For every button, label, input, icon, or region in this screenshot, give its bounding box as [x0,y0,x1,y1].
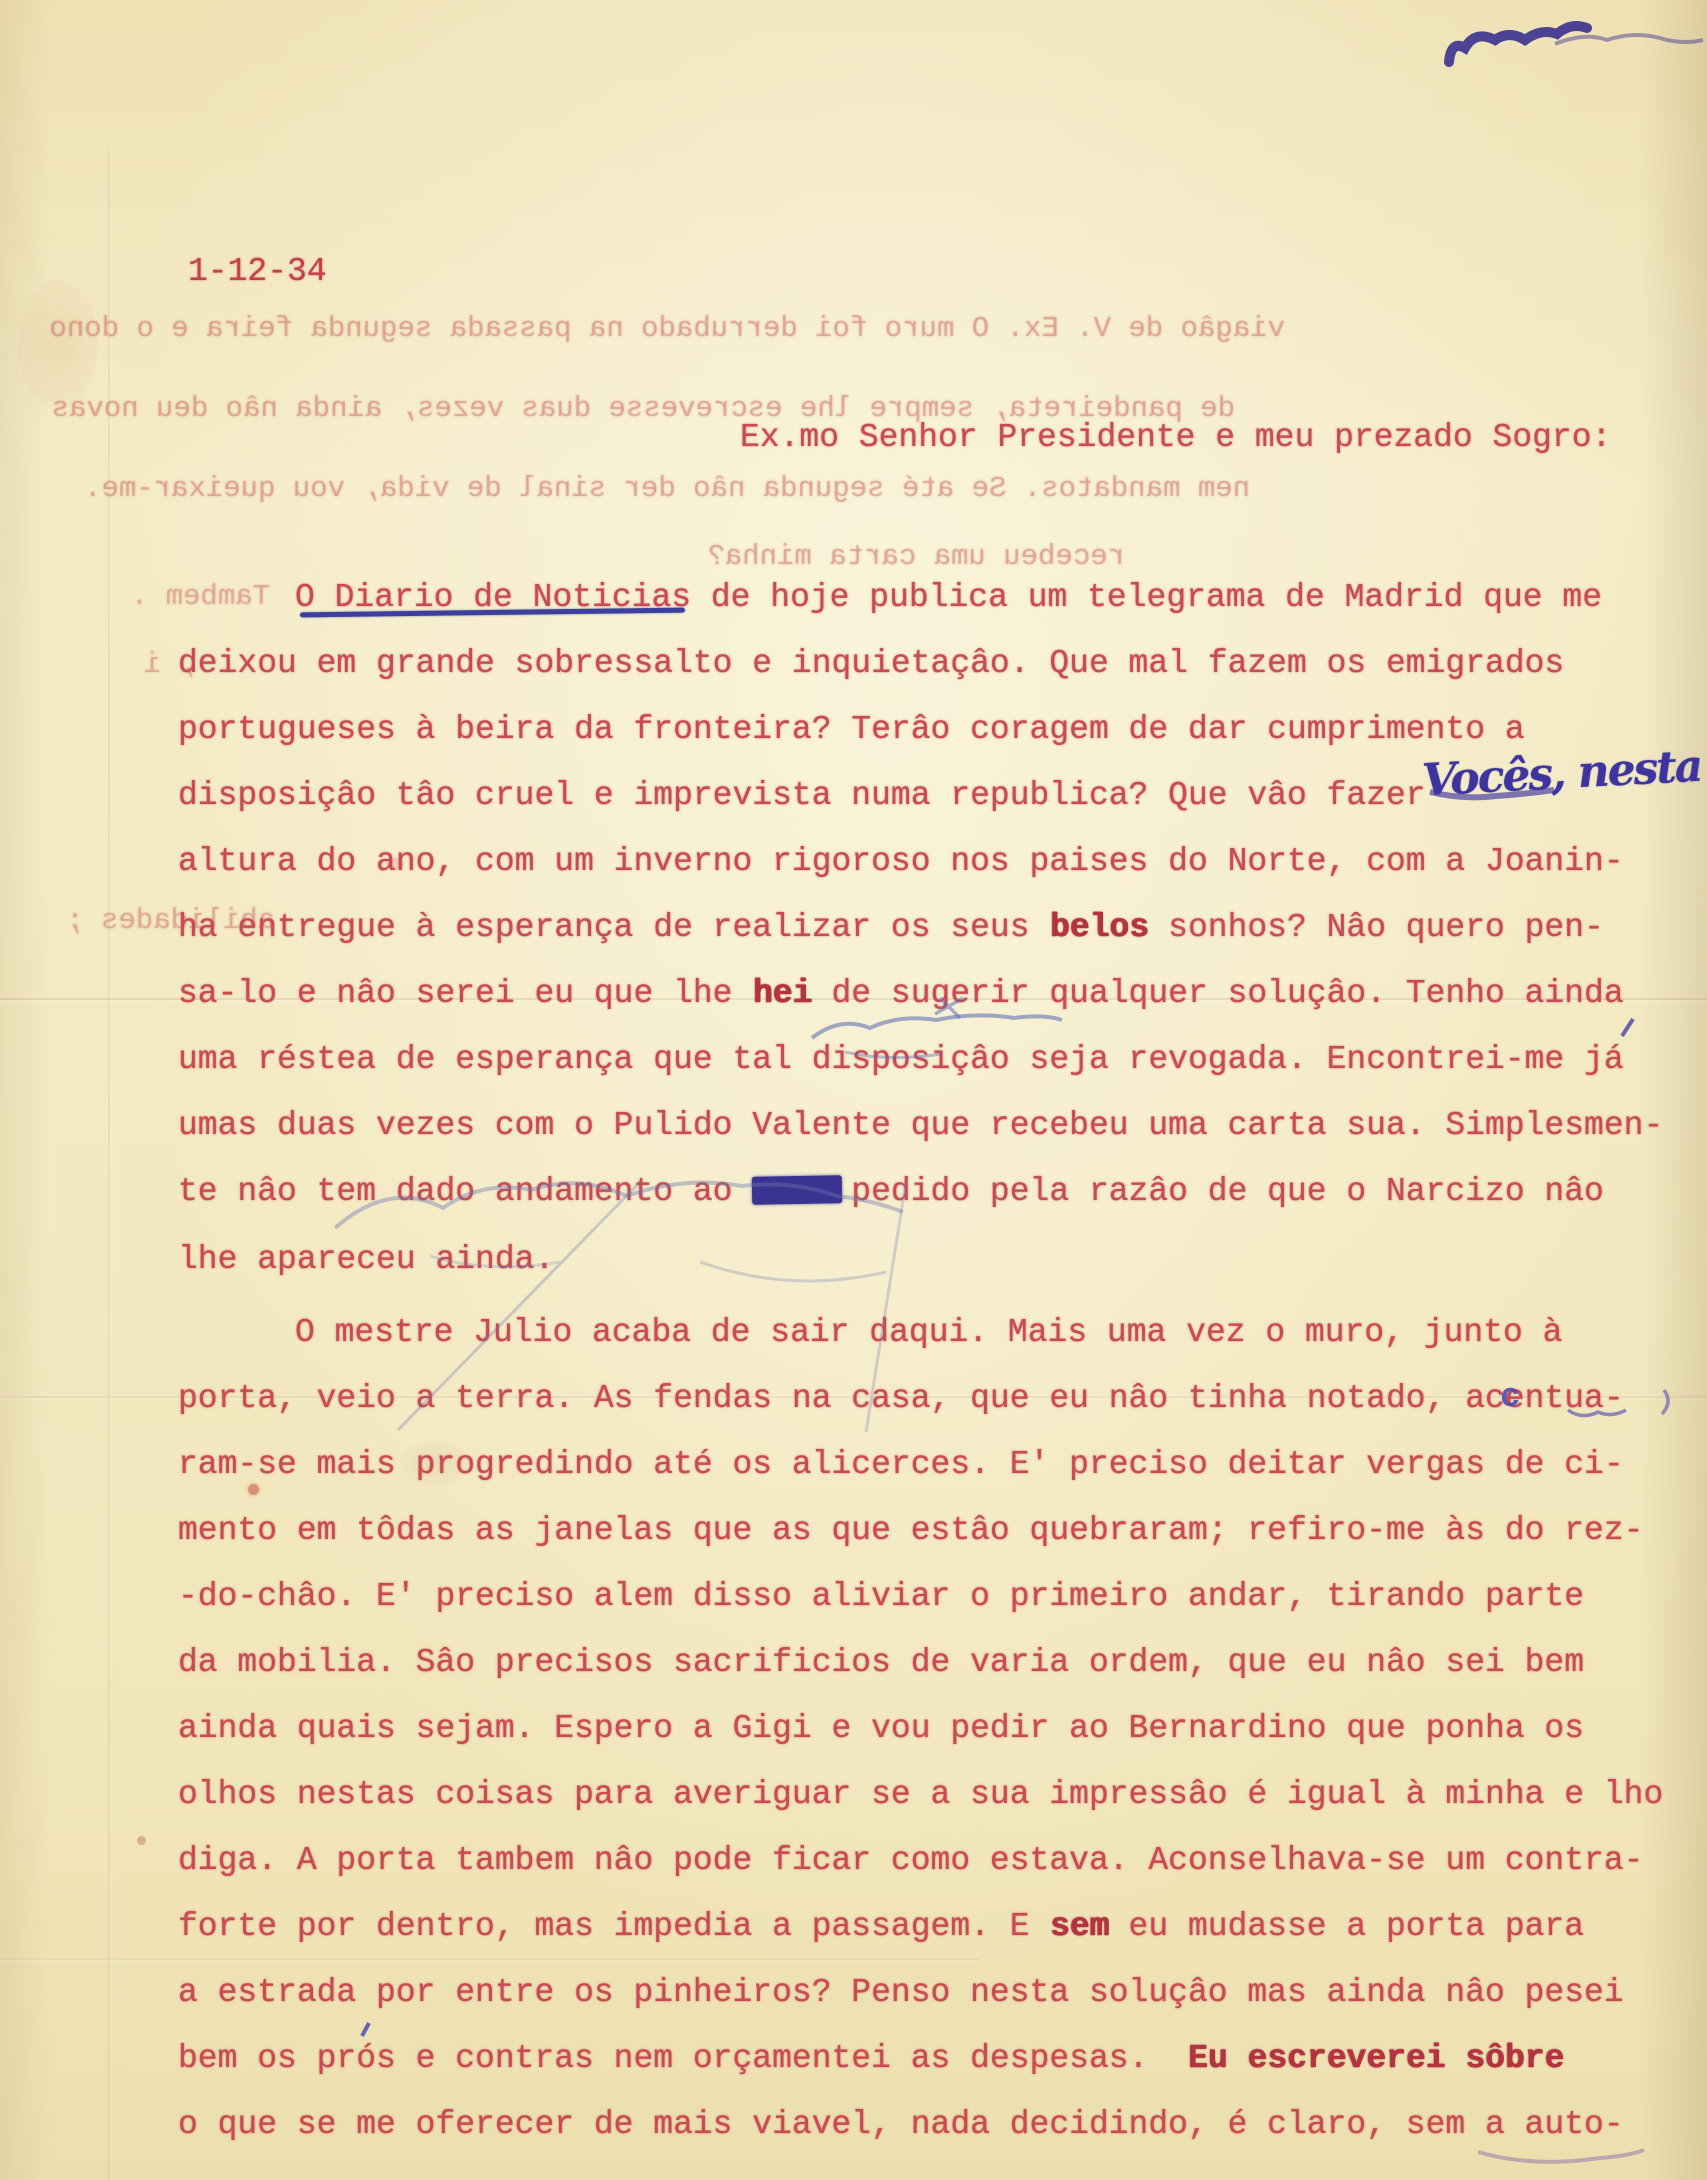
letter-line: deixou em grande sobressalto e inquietaç… [178,644,1564,684]
letter-line: disposiçâo tâo cruel e imprevista numa r… [178,776,1426,816]
letter-line: ram-se mais progredindo até os alicerces… [178,1445,1624,1485]
paper-stain [18,280,98,410]
letter-line: diga. A porta tambem nâo pode ficar como… [178,1841,1643,1881]
letter-line: forte por dentro, mas impedia a passagem… [178,1907,1584,1947]
overstruck-word: hei [753,974,812,1014]
bleedthrough-fragment: Tambem . [120,580,270,613]
letter-date: 1-12-34 [188,252,327,292]
handwritten-insert: Vocês, nesta [1421,741,1703,807]
pen-accent-pros [362,2023,369,2036]
top-right-ink-smear [1449,26,1587,62]
letter-scan-page: viagâo de V. Ex. O muro foi derrubado na… [0,0,1707,2180]
letter-line: O mestre Julio acaba de sair daqui. Mais… [295,1313,1562,1353]
letter-line: uma réstea de esperança que tal disposiç… [178,1040,1624,1080]
pen-accent-ja [1622,1019,1633,1036]
overstruck-word: belos [1050,908,1149,948]
letter-line: a estrada por entre os pinheiros? Penso … [178,1973,1624,2013]
letter-line: altura do ano, com um inverno rigoroso n… [178,842,1624,882]
letter-line: umas duas vezes com o Pulido Valente que… [178,1106,1663,1146]
letter-line: olhos nestas coisas para averiguar se a … [178,1775,1663,1815]
letter-line: porta, veio a terra. As fendas na casa, … [178,1379,1624,1419]
bleedthrough-line: nem mandatos. Se até segunda nâo der sin… [85,472,1250,505]
pen-correction-letter: c [1500,1379,1520,1417]
ink-spot [248,1484,259,1495]
letter-salutation: Ex.mo Senhor Presidente e meu prezado So… [740,418,1611,458]
pen-bottom-scribble [1478,2150,1644,2162]
letter-line: ainda quais sejam. Espero a Gigi e vou p… [178,1709,1584,1749]
letter-line: ha entregue à esperança de realizar os s… [178,908,1604,948]
letter-line: -do-châo. E' preciso alem disso aliviar … [178,1577,1584,1617]
pen-margin-mark [1662,1390,1668,1414]
letter-line: lhe apareceu ainda. [178,1240,554,1280]
horizontal-fold-crease [0,1958,980,1960]
overstruck-word: Eu escreverei sôbre [1188,2039,1564,2079]
ink-spot [137,1836,146,1845]
letter-line: o que se me oferecer de mais viavel, nad… [178,2105,1624,2145]
bleedthrough-line: viagâo de V. Ex. O muro foi derrubado na… [55,312,1285,345]
pen-scribble-disposicao [812,1015,1062,1038]
letter-line: da mobilia. Sâo precisos sacrificios de … [178,1643,1584,1683]
overstruck-word: sem [1050,1907,1109,1947]
letter-line: sa-lo e nâo serei eu que lhe hei de suge… [178,974,1624,1014]
letter-line: te nâo tem dado andamento ao pedido pela… [178,1172,1604,1212]
letter-line: portugueses à beira da fronteira? Terâo … [178,710,1525,750]
letter-line: mento em tôdas as janelas que as que est… [178,1511,1643,1551]
inked-out-word [752,1175,842,1205]
bleedthrough-line: recebeu uma carta minha? [705,540,1125,573]
vertical-fold-crease [108,150,110,2180]
